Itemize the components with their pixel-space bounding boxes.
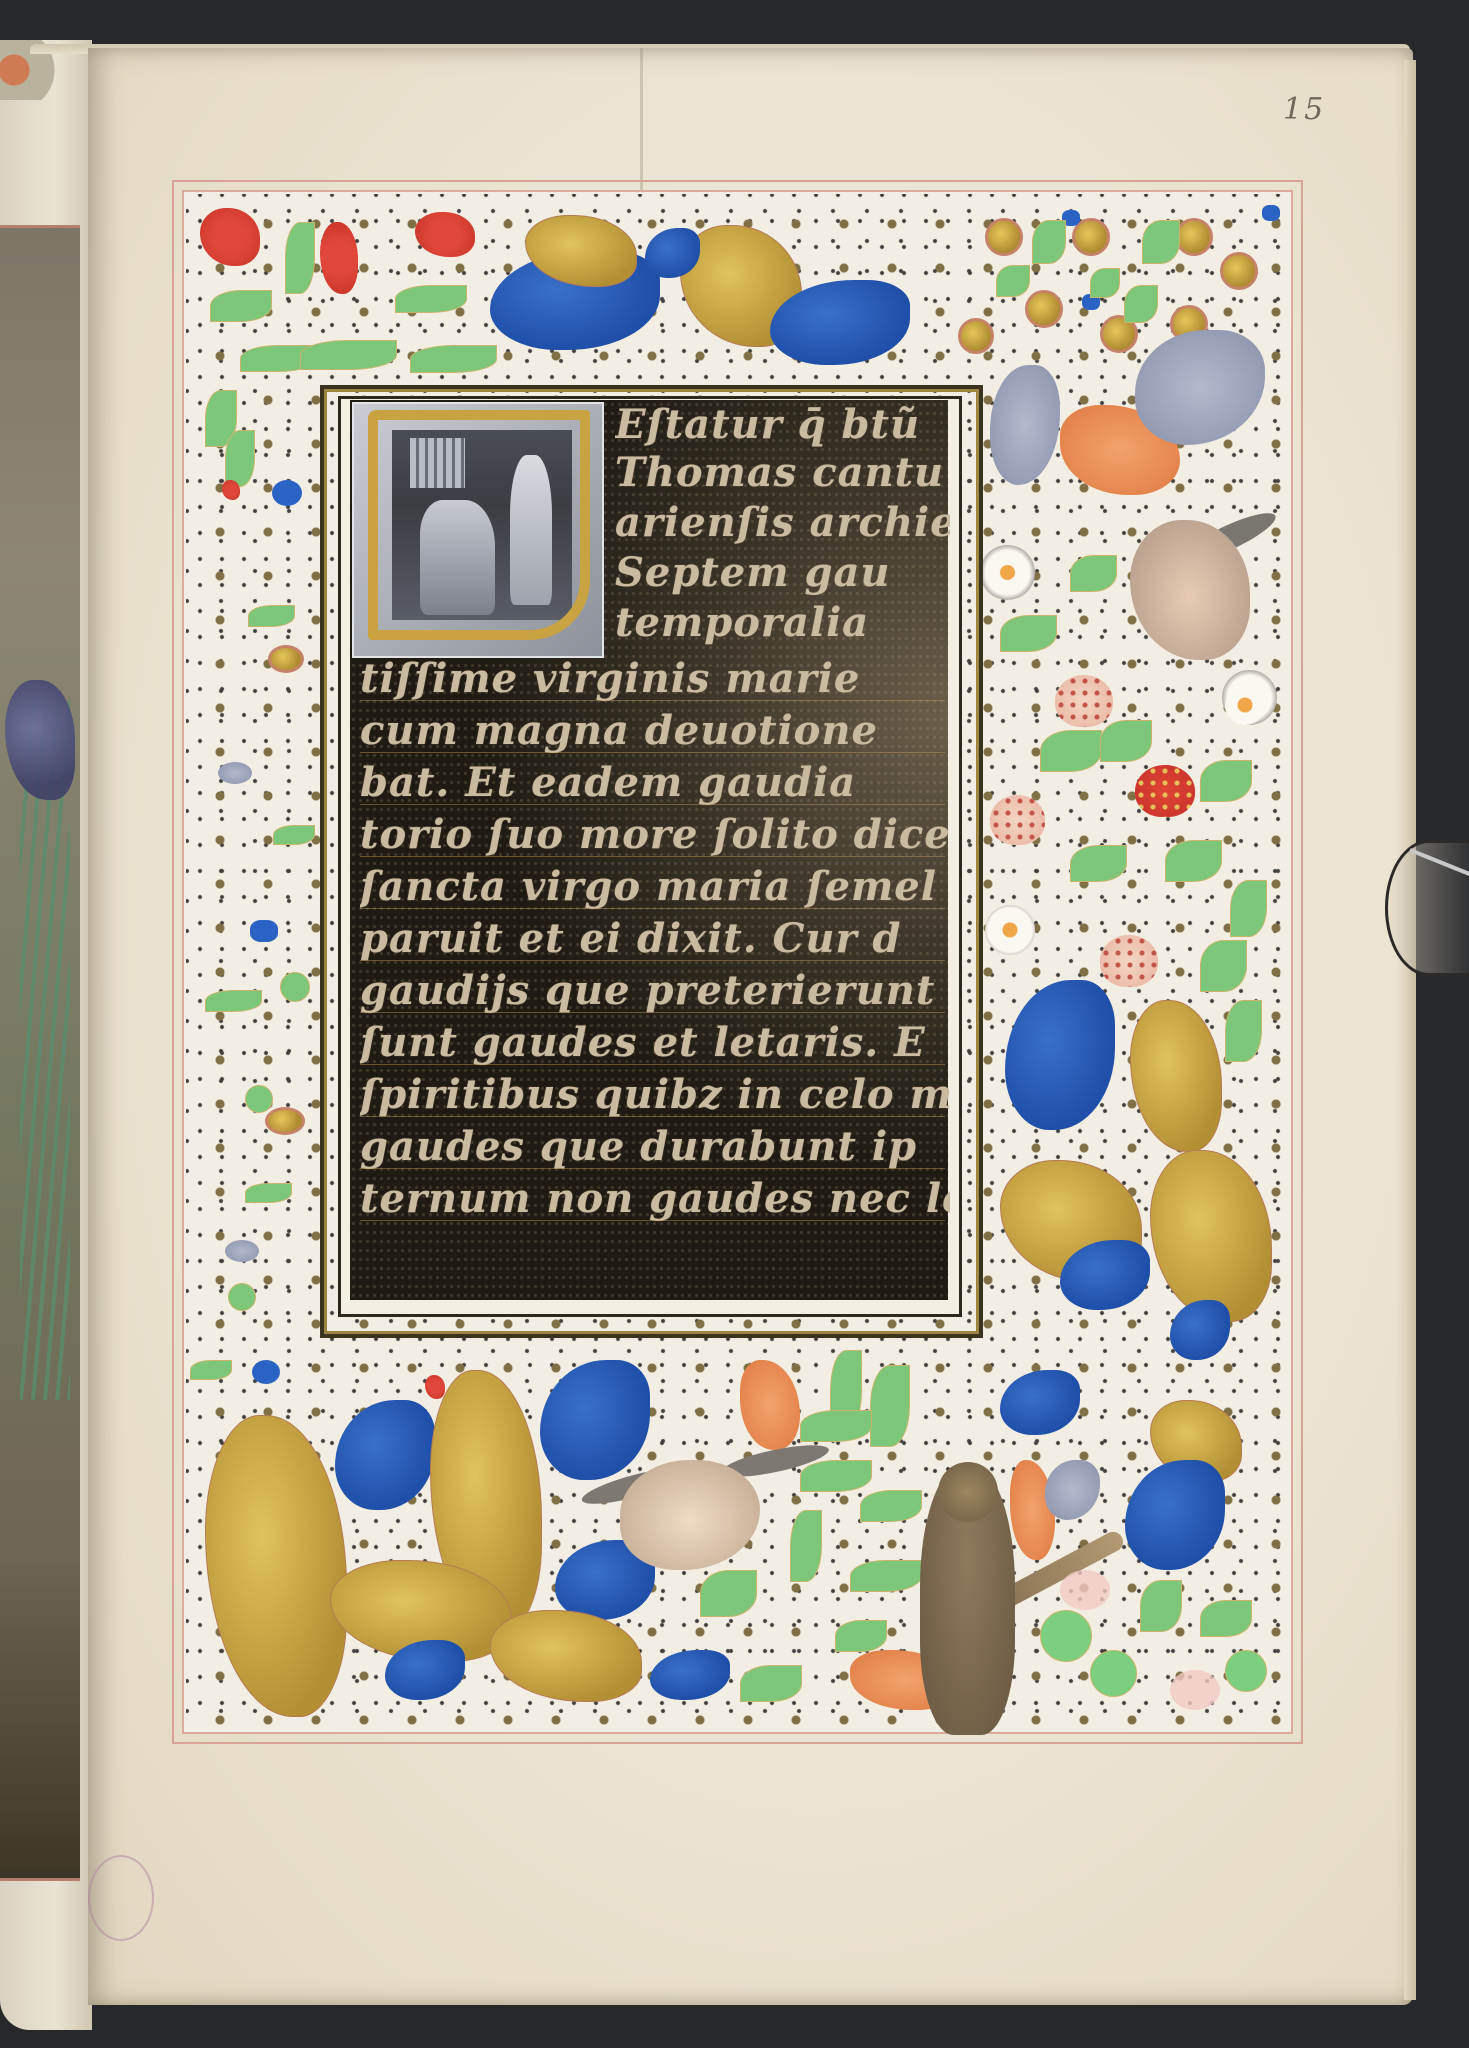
gold-bezant [1175, 218, 1213, 256]
iris-leaves-painting [20, 700, 70, 1400]
leaf-icon [1200, 940, 1247, 992]
strawberry [1100, 935, 1158, 987]
text-line: temporalia [615, 598, 950, 648]
thistle [1040, 1610, 1092, 1662]
leaf-icon [1070, 555, 1117, 592]
ruling-line [360, 1220, 945, 1221]
ruling-line [360, 700, 945, 701]
text-line: ſunt gaudes et letaris. E [360, 1018, 950, 1068]
leaf-icon [248, 605, 295, 627]
leaf-icon [860, 1490, 922, 1522]
blue-flower [252, 1360, 280, 1384]
text-line: ſpiritibus quibz in celo mu [360, 1070, 950, 1120]
gold-bezant [958, 318, 994, 354]
blue-flower [272, 480, 302, 506]
folio-number: 15 [1283, 92, 1325, 127]
leaf-icon [300, 340, 397, 370]
leaf-icon [245, 1183, 292, 1203]
blue-flower [250, 920, 278, 942]
text-line: tiſſime virginis marie [360, 654, 950, 704]
text-line: gaudijs que preterierunt [360, 966, 950, 1016]
text-line: Eſtatur q̄ btũ [615, 400, 950, 450]
gold-bezant [1220, 252, 1258, 290]
leaf-icon [410, 345, 497, 373]
leaf-icon [205, 990, 262, 1012]
blue-flower [1262, 205, 1280, 221]
leaf-icon [1165, 840, 1222, 882]
leaf-icon [395, 285, 467, 313]
leaf-icon [1000, 615, 1057, 652]
leaf-icon [1140, 1580, 1182, 1632]
leaf-icon [835, 1620, 887, 1652]
thistle-blossom [1060, 1570, 1110, 1610]
ruling-line [360, 1168, 945, 1169]
leaf-icon [1100, 720, 1152, 762]
library-stamp [88, 1855, 154, 1941]
thistle [1225, 1650, 1267, 1692]
thistle [1090, 1650, 1137, 1697]
white-flower [980, 545, 1035, 600]
gold-bezant [985, 218, 1023, 256]
grey-bud [218, 762, 252, 784]
text-line: gaudes que durabunt ip [360, 1122, 950, 1172]
text-line: cum magna deuotione [360, 706, 950, 756]
text-line: Septem gau [615, 548, 950, 598]
leaf-icon [1070, 845, 1127, 882]
text-line: ternum non gaudes nec le [360, 1174, 950, 1224]
ruling-line [360, 960, 945, 961]
strawberry [990, 795, 1045, 845]
leaf-icon [1040, 730, 1102, 772]
white-flower [1225, 685, 1265, 725]
initial-gold-letterform [368, 410, 590, 640]
leaf-icon [285, 222, 315, 294]
leaf-icon [870, 1365, 910, 1447]
strawberry [1135, 765, 1195, 817]
green-bud [228, 1283, 256, 1311]
ruling-line [360, 1012, 945, 1013]
leaf-icon [996, 265, 1030, 297]
leaf-icon [210, 290, 272, 322]
leaf-icon [1124, 285, 1158, 323]
text-line: bat. Et eadem gaudia [360, 758, 950, 808]
leaf-icon [700, 1570, 757, 1617]
leaf-icon [1090, 268, 1120, 298]
ruling-line [360, 856, 945, 857]
ruling-line [360, 804, 945, 805]
leaf-icon [850, 1560, 922, 1592]
ape-head [938, 1462, 998, 1522]
leaf-icon [225, 430, 255, 487]
text-line: torio ſuo more ſolito dice [360, 810, 950, 860]
leaf-icon [273, 825, 315, 845]
leaf-icon [1142, 220, 1180, 264]
leaf-icon [1032, 220, 1066, 264]
page-clip [1385, 840, 1469, 976]
thistle-blossom [1170, 1670, 1220, 1710]
ruling-line [360, 1064, 945, 1065]
white-flower [985, 905, 1035, 955]
leaf-icon [1200, 760, 1252, 802]
leaf-icon [790, 1510, 822, 1582]
gold-bezant [268, 645, 304, 673]
ruling-line [360, 908, 945, 909]
gold-bezant [265, 1107, 305, 1135]
red-bud [425, 1375, 445, 1399]
text-line: Thomas cantu [615, 448, 950, 498]
leaf-icon [800, 1410, 872, 1442]
text-line: paruit et ei dixit. Cur d [360, 914, 950, 964]
leaf-icon [800, 1460, 872, 1492]
grey-bud [225, 1240, 259, 1262]
text-line: ſancta virgo maria ſemel [360, 862, 950, 912]
ruling-line [360, 1116, 945, 1117]
green-bud [245, 1085, 273, 1113]
leaf-icon [740, 1665, 802, 1702]
leaf-icon [190, 1360, 232, 1380]
green-bud [280, 972, 310, 1002]
page-edge-right [1404, 60, 1416, 2000]
leaf-icon [1230, 880, 1267, 937]
leaf-icon [1225, 1000, 1262, 1062]
text-line: arienſis archie [615, 498, 950, 548]
strawberry [1055, 675, 1113, 727]
ruling-line [360, 752, 945, 753]
gold-bezant [1025, 290, 1063, 328]
red-bud [222, 480, 240, 500]
leaf-icon [1200, 1600, 1252, 1637]
